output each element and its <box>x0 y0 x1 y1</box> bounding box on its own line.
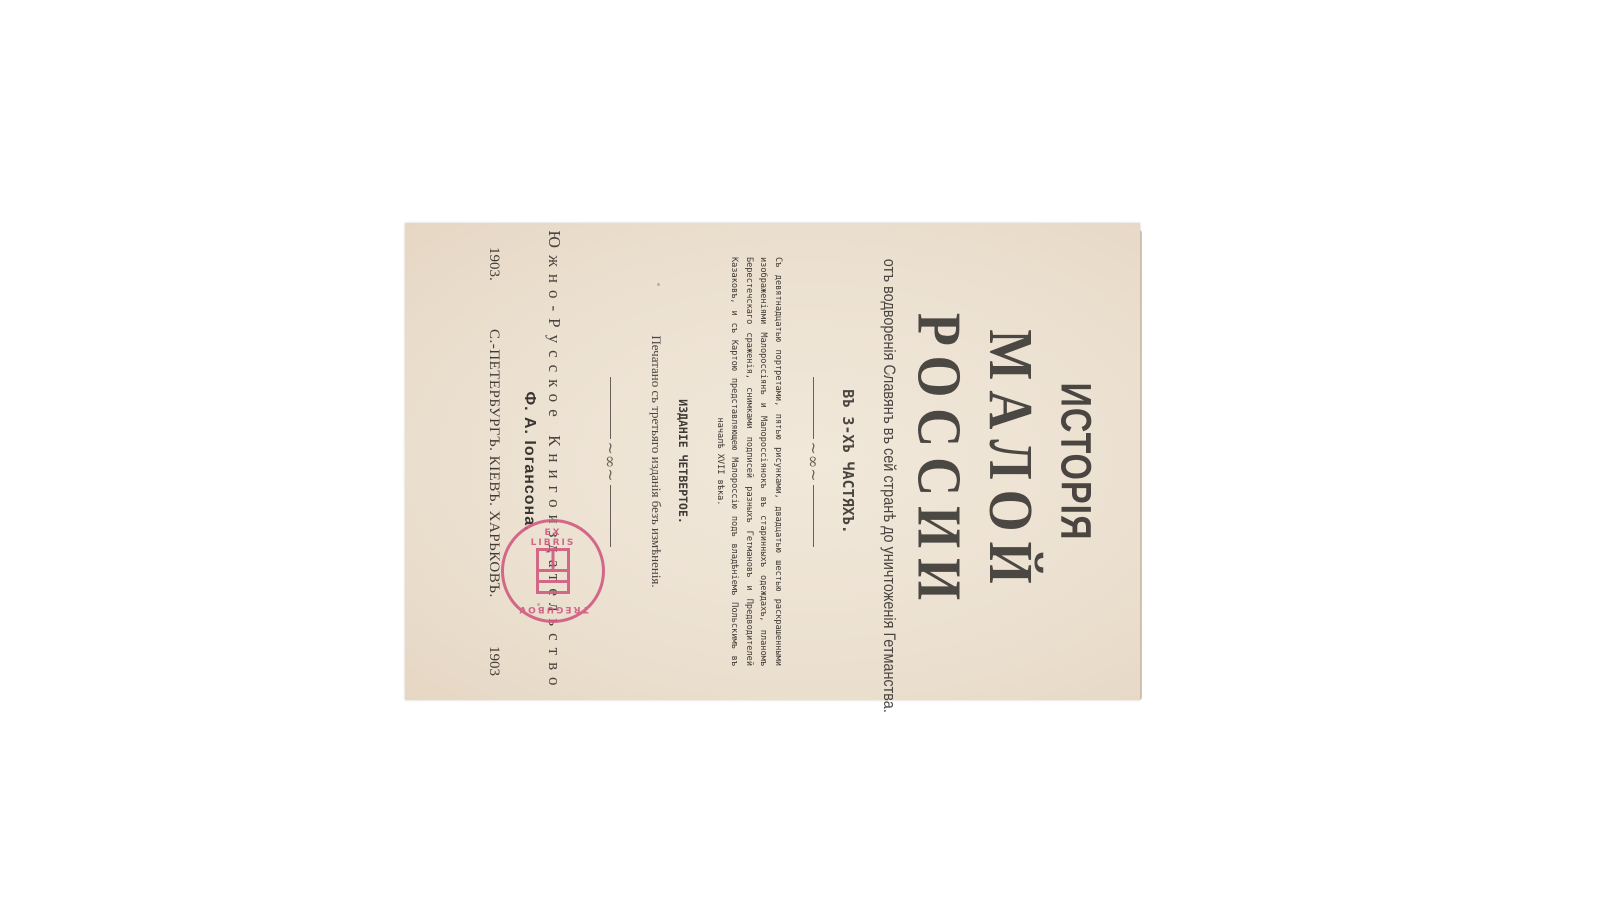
paper-speck <box>887 373 890 376</box>
paper-speck <box>537 603 540 606</box>
ornament-divider-2: ~∞~ <box>600 376 620 546</box>
stamp-emblem-divider <box>551 548 554 569</box>
title-line-2: МАЛОЙ РОССИИ <box>903 223 1046 700</box>
divider-line <box>813 376 814 438</box>
title-line-1: ИСТОРІЯ <box>1050 223 1099 700</box>
ex-libris-stamp: EX LIBRIS TREGUBOV <box>501 519 605 623</box>
flourish-icon: ~∞~ <box>600 441 620 481</box>
stamp-top-text: EX LIBRIS <box>528 528 577 548</box>
imprint-year-right: 1903 <box>485 645 502 675</box>
divider-line <box>610 484 611 546</box>
imprint-cities: С.-ПЕТЕРБУРГЪ. КІЕВЪ. ХАРЬКОВЪ. <box>485 328 502 597</box>
paper-speck <box>657 283 660 286</box>
stamp-bottom-text: TREGUBOV <box>517 604 588 614</box>
flourish-icon: ~∞~ <box>803 441 823 481</box>
imprint: 1903. С.-ПЕТЕРБУРГЪ. КІЕВЪ. ХАРЬКОВЪ. 19… <box>485 247 502 676</box>
publisher: Южно-Русское Книгоиздательство <box>544 223 564 700</box>
divider-line <box>610 376 611 438</box>
divider-line <box>813 484 814 546</box>
parts-note: ВЪ 3-ХЪ ЧАСТЯХЪ. <box>839 223 857 700</box>
title-page: ИСТОРІЯ МАЛОЙ РОССИИ отъ водворенія Слав… <box>405 223 1140 700</box>
imprint-year-left: 1903. <box>485 247 502 281</box>
description: Съ девятнадцатью портретами, пятью рисун… <box>712 257 785 666</box>
edition: ИЗДАНІЕ ЧЕТВЕРТОЕ. <box>676 223 690 700</box>
publisher-name: Ф. А. Іогансона. <box>520 223 538 700</box>
printed-note: Печатано съ третьяго изданія безъ измѣне… <box>648 223 664 700</box>
subtitle: отъ водворенія Славянъ въ сей странѣ до … <box>879 258 899 663</box>
ornament-divider: ~∞~ <box>803 376 823 546</box>
